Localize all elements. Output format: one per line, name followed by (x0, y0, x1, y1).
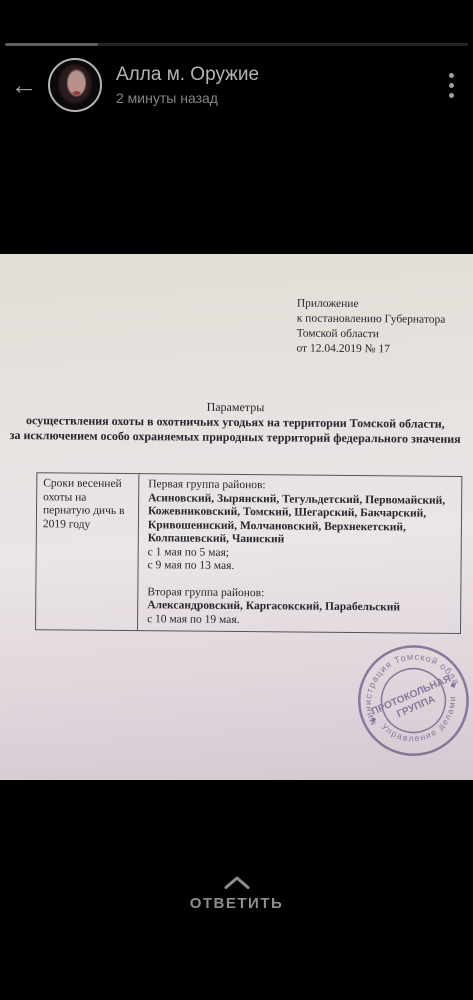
back-arrow-icon[interactable]: ← (0, 55, 48, 115)
document-title: Параметры осуществления охоты в охотничь… (1, 398, 470, 447)
document-table: Сроки весенней охоты на пернатую дичь в … (35, 472, 462, 634)
avatar[interactable] (48, 58, 102, 112)
more-options-icon[interactable] (429, 65, 473, 106)
chevron-up-icon (224, 876, 250, 889)
appendix-line: к постановлению Губернатора (297, 312, 446, 328)
appendix-line: Приложение (297, 297, 446, 313)
appendix-line: от 12.04.2019 № 17 (296, 342, 445, 358)
appendix-line: Томской области (297, 327, 446, 343)
document-appendix-block: Приложение к постановлению Губернатора Т… (296, 297, 445, 358)
status-photo[interactable]: Приложение к постановлению Губернатора Т… (0, 254, 473, 780)
table-row-header: Сроки весенней охоты на пернатую дичь в … (36, 473, 139, 630)
title-line: за исключением особо охраняемых природны… (1, 428, 470, 447)
status-header: ← Алла м. Оружие 2 минуты назад (0, 55, 473, 115)
group2-dates: с 10 мая по 19 мая. (147, 613, 451, 629)
reply-control[interactable]: ОТВЕТИТЬ (0, 876, 473, 912)
group1-dates: с 9 мая по 13 мая. (148, 559, 452, 575)
contact-info: Алла м. Оружие 2 минуты назад (116, 63, 429, 108)
progress-fill (5, 43, 98, 46)
document-page: Приложение к постановлению Губернатора Т… (0, 254, 473, 780)
table-cell-content: Первая группа районов: Асиновский, Зырян… (138, 474, 461, 633)
status-progress-bar (5, 43, 468, 46)
contact-name: Алла м. Оружие (116, 63, 429, 87)
reply-label: ОТВЕТИТЬ (190, 895, 284, 912)
status-viewer-screen: ← Алла м. Оружие 2 минуты назад Приложен… (0, 0, 473, 1000)
round-stamp: Администрация Томской области Управление… (337, 624, 473, 777)
status-timestamp: 2 минуты назад (116, 89, 429, 108)
